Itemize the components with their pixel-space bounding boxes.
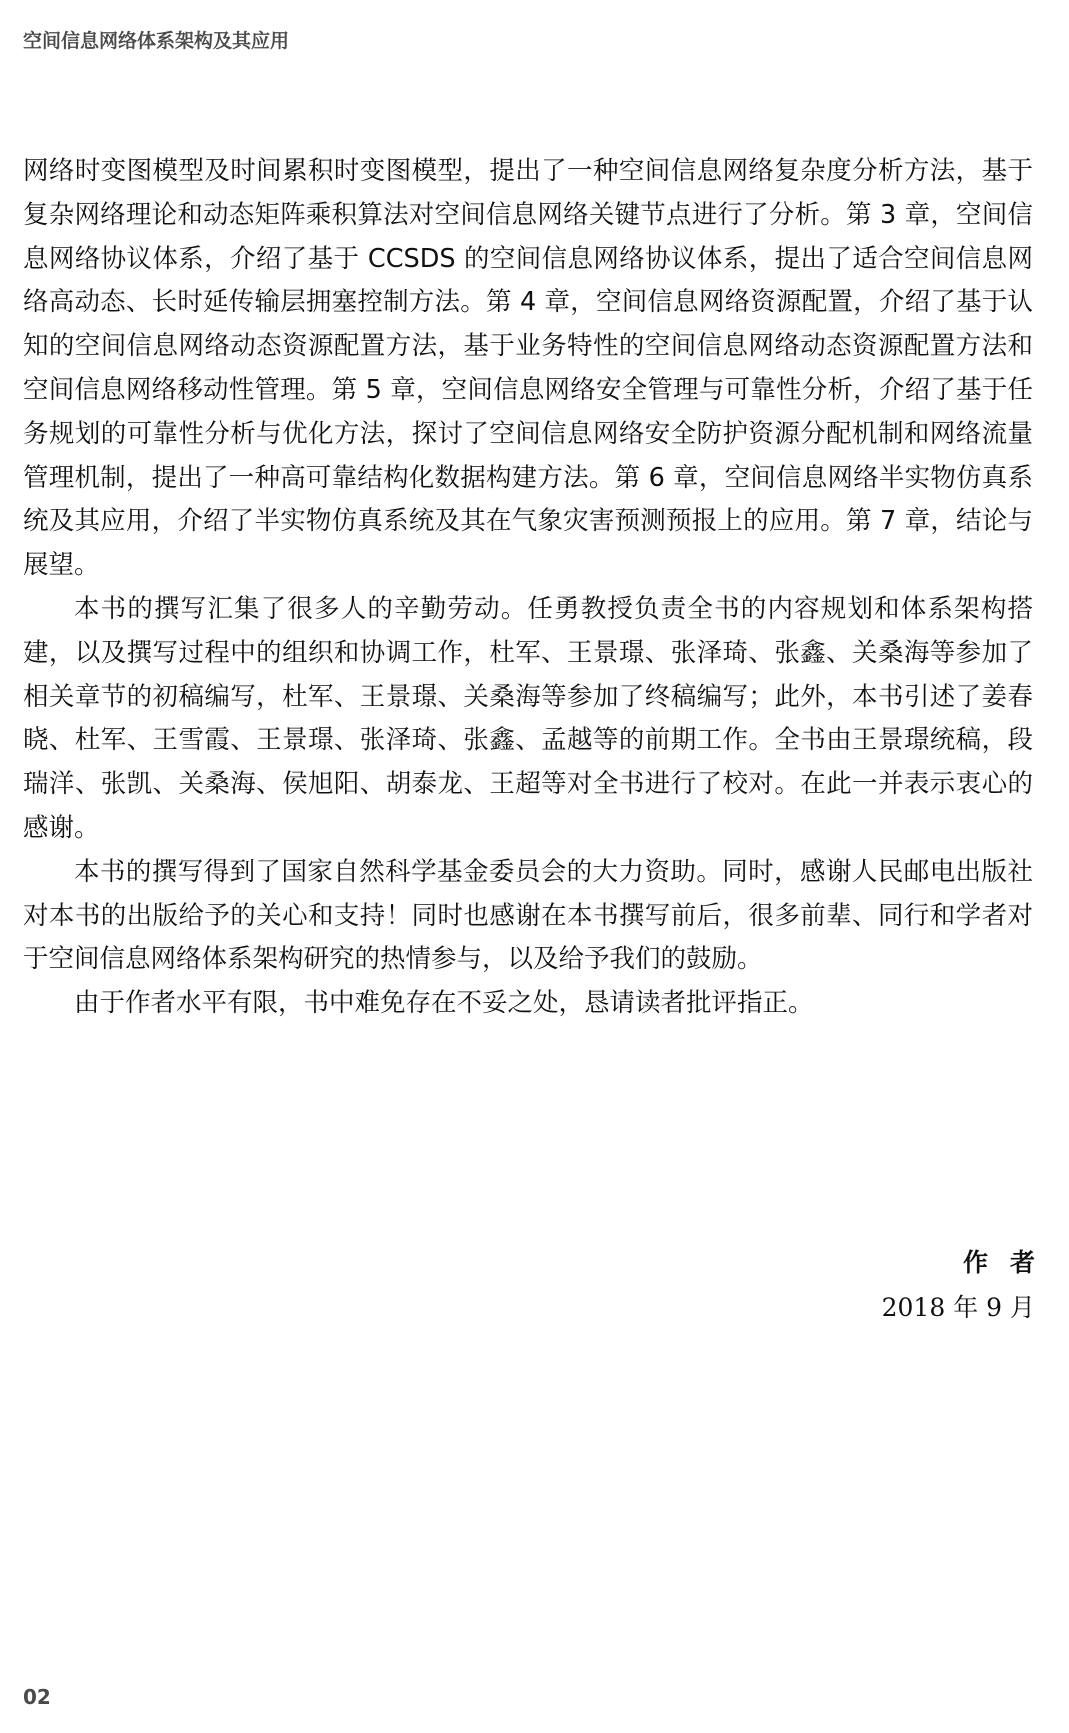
signature-date: 2018 年 9 月 xyxy=(882,1285,1035,1330)
running-header-book-title: 空间信息网络体系架构及其应用 xyxy=(23,26,289,53)
paragraph-disclaimer: 由于作者水平有限，书中难免存在不妥之处，恳请读者批评指正。 xyxy=(23,982,1033,1026)
paragraph-contributors: 本书的撰写汇集了很多人的辛勤劳动。任勇教授负责全书的内容规划和体系架构搭建，以及… xyxy=(23,588,1033,851)
preface-body: 网络时变图模型及时间累积时变图模型，提出了一种空间信息网络复杂度分析方法，基于复… xyxy=(23,150,1033,1026)
paragraph-acknowledgements: 本书的撰写得到了国家自然科学基金委员会的大力资助。同时，感谢人民邮电出版社对本书… xyxy=(23,851,1033,982)
signature-block: 作者 2018 年 9 月 xyxy=(882,1240,1035,1330)
author-label: 作者 xyxy=(882,1240,1057,1285)
paragraph-chapter-summary: 网络时变图模型及时间累积时变图模型，提出了一种空间信息网络复杂度分析方法，基于复… xyxy=(23,150,1033,588)
page-number: 02 xyxy=(23,1685,51,1709)
